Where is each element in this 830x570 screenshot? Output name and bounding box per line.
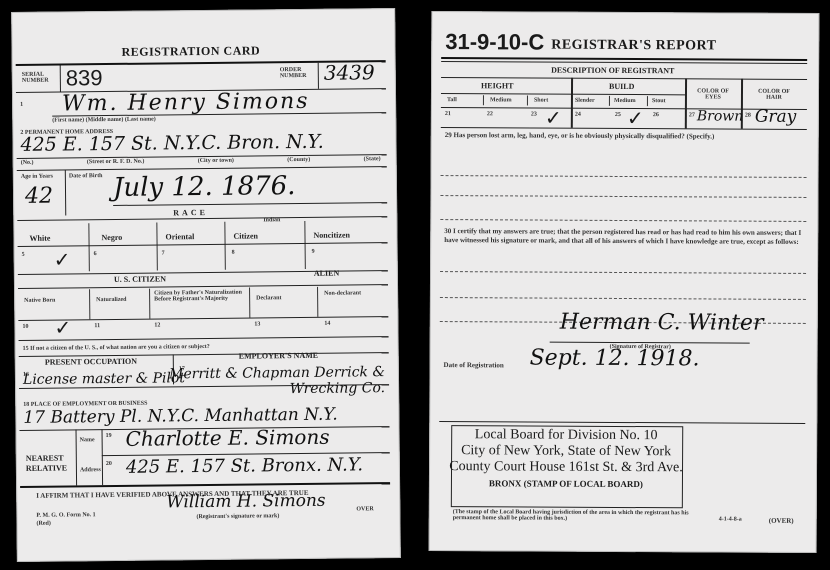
short-checkmark: ✓ — [545, 106, 562, 130]
card-title: REGISTRATION CARD — [121, 43, 260, 59]
registration-card-front: REGISTRATION CARD SERIAL NUMBER 839 ORDE… — [11, 8, 401, 562]
registrant-signature: William H. Simons — [166, 491, 326, 513]
registrars-report-title: REGISTRAR'S REPORT — [551, 38, 716, 55]
relative-name: Charlotte E. Simons — [125, 425, 329, 451]
build-label: BUILD — [609, 82, 634, 91]
registration-date-label: Date of Registration — [444, 361, 504, 369]
form-code-small: 4-1-4-8-a — [719, 516, 742, 522]
age-label: Age in Years — [21, 174, 55, 180]
white-checkmark: ✓ — [54, 247, 71, 271]
q30-certification-text: 30 I certify that my answers are true; t… — [444, 227, 806, 247]
occupation-label: PRESENT OCCUPATION — [45, 357, 137, 367]
over-label: (OVER) — [769, 517, 794, 525]
nearest-relative-label: NEAREST RELATIVE — [26, 453, 76, 474]
height-label: HEIGHT — [481, 81, 513, 90]
hair-label: COLOR OF HAIR — [751, 89, 797, 101]
serial-label: SERIAL NUMBER — [22, 72, 56, 84]
hair-color: Gray — [755, 107, 797, 127]
race-label: RACE — [173, 208, 208, 217]
employer-value: Merritt & Chapman Derrick & Wrecking Co. — [155, 364, 385, 398]
form-code: P. M. G. O. Form No. 1 (Red) — [36, 511, 106, 528]
local-board-text: Local Board for Division No. 10 City of … — [443, 427, 689, 492]
build-medium-checkmark: ✓ — [627, 106, 644, 130]
order-number: 3439 — [324, 60, 375, 85]
q29-text: 29 Has person lost arm, leg, hand, eye, … — [445, 131, 805, 141]
signature-label: (Registrant's signature or mark) — [196, 513, 279, 520]
over-label: OVER — [356, 506, 373, 512]
stamp-code: 31-9-10-C — [445, 29, 544, 56]
home-address: 425 E. 157 St. N.Y.C. Bron. N.Y. — [20, 131, 323, 156]
us-citizen-label: U. S. CITIZEN — [114, 274, 166, 284]
citizenship-grid: Native Born Naturalized Citizen by Fathe… — [18, 286, 388, 320]
registrar-signature: Herman C. Winter — [560, 310, 764, 336]
description-label: DESCRIPTION OF REGISTRANT — [551, 66, 674, 76]
indian-label: Indian — [263, 217, 280, 223]
relative-address: 425 E. 157 St. Bronx. N.Y. — [126, 454, 363, 477]
q15-label: 15 If not a citizen of the U. S., of wha… — [23, 342, 383, 352]
age-value: 42 — [25, 184, 53, 209]
date-of-birth: July 12. 1876. — [113, 171, 296, 203]
eyes-label: COLOR OF EYES — [693, 88, 733, 100]
registration-date: Sept. 12. 1918. — [530, 346, 700, 372]
eye-color: Brown — [697, 108, 744, 124]
board-note: (The stamp of the Local Board having jur… — [453, 509, 689, 522]
registration-card-back: 31-9-10-C REGISTRAR'S REPORT DESCRIPTION… — [429, 11, 820, 553]
dob-label: Date of Birth — [69, 173, 103, 179]
height-build-headers: Tall Medium Short Slender Medium Stout — [441, 95, 685, 106]
employer-label: EMPLOYER'S NAME — [239, 351, 318, 361]
order-label: ORDER NUMBER — [280, 67, 320, 79]
native-born-checkmark: ✓ — [54, 315, 71, 339]
alien-label: ALIEN — [314, 269, 339, 278]
serial-number: 839 — [66, 65, 103, 91]
